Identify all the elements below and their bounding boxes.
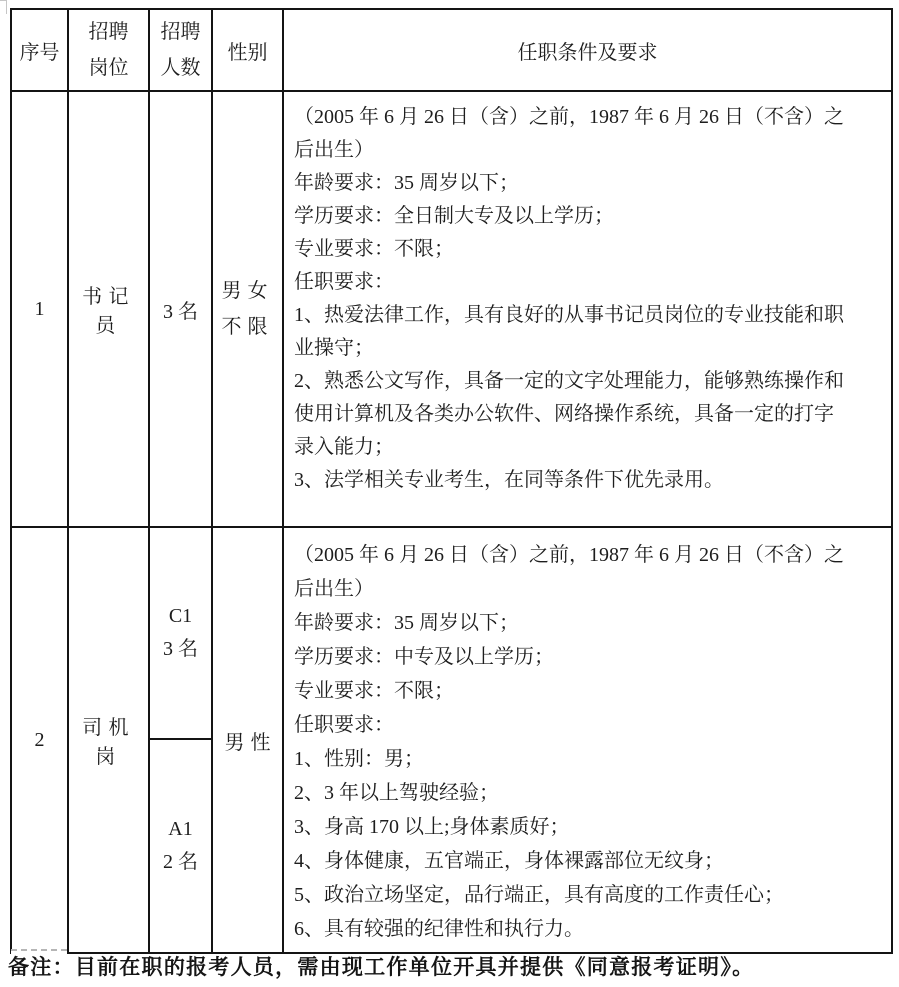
column-header-headcount: 招聘人数 — [149, 9, 212, 91]
recruitment-document-page: 序号 招聘岗位 招聘人数 性别 任职条件及要求 1 书记员 3 名 男女不限 （… — [0, 0, 899, 987]
row1-gender-cell: 男女不限 — [212, 91, 283, 527]
requirement-line: 年龄要求：35 周岁以下； — [294, 167, 887, 200]
requirement-line: 2、熟悉公文写作，具备一定的文字处理能力，能够熟练操作和 — [294, 365, 887, 398]
row2-gender-cell: 男性 — [212, 527, 283, 953]
requirement-line: （2005 年 6 月 26 日（含）之前，1987 年 6 月 26 日（不含… — [294, 538, 887, 572]
column-header-position-label: 招聘岗位 — [87, 14, 131, 86]
requirement-line: 任职要求： — [294, 266, 887, 299]
row1-position-cell: 书记员 — [68, 91, 149, 527]
table-header-row: 序号 招聘岗位 招聘人数 性别 任职条件及要求 — [11, 9, 892, 91]
requirement-line: 后出生） — [294, 572, 887, 606]
headcount-label: 2 名 — [150, 846, 211, 879]
row1-headcount-cell: 3 名 — [149, 91, 212, 527]
requirement-line: 年龄要求：35 周岁以下； — [294, 606, 887, 640]
recruitment-table: 序号 招聘岗位 招聘人数 性别 任职条件及要求 1 书记员 3 名 男女不限 （… — [10, 8, 893, 954]
requirement-line: 学历要求：全日制大专及以上学历； — [294, 200, 887, 233]
requirement-line: 业操守； — [294, 332, 887, 365]
table-row-clerk: 1 书记员 3 名 男女不限 （2005 年 6 月 26 日（含）之前，198… — [11, 91, 892, 527]
column-header-headcount-label: 招聘人数 — [159, 14, 203, 86]
requirement-line: 专业要求：不限； — [294, 233, 887, 266]
requirement-line: 3、身高 170 以上;身体素质好； — [294, 810, 887, 844]
requirement-line: 1、性别：男； — [294, 742, 887, 776]
requirement-line: 4、身体健康，五官端正，身体裸露部位无纹身； — [294, 844, 887, 878]
row2-number-cell: 2 — [11, 527, 68, 953]
row2-headcount-a1-cell: A1 2 名 — [149, 739, 212, 953]
row2-position-cell: 司机岗 — [68, 527, 149, 953]
requirement-line: （2005 年 6 月 26 日（含）之前，1987 年 6 月 26 日（不含… — [294, 101, 887, 134]
license-type-label: A1 — [150, 813, 211, 846]
requirement-line: 5、政治立场坚定，品行端正，具有高度的工作责任心； — [294, 878, 887, 912]
row1-gender-label: 男女不限 — [220, 273, 276, 345]
column-header-requirements: 任职条件及要求 — [283, 9, 892, 91]
row2-headcount-c1-cell: C1 3 名 — [149, 527, 212, 739]
requirement-line: 2、3 年以上驾驶经验； — [294, 776, 887, 810]
requirement-line: 6、具有较强的纪律性和执行力。 — [294, 912, 887, 946]
remark-note: 备注：目前在职的报考人员，需由现工作单位开具并提供《同意报考证明》。 — [8, 951, 754, 981]
column-header-position: 招聘岗位 — [68, 9, 149, 91]
row2-gender-label: 男性 — [213, 726, 282, 755]
requirement-line: 专业要求：不限； — [294, 674, 887, 708]
row1-requirements-cell: （2005 年 6 月 26 日（含）之前，1987 年 6 月 26 日（不含… — [283, 91, 892, 527]
table-row-driver: 2 司机岗 C1 3 名 男性 （2005 年 6 月 26 日（含）之前，19… — [11, 527, 892, 739]
column-header-number: 序号 — [11, 9, 68, 91]
requirement-line: 3、法学相关专业考生，在同等条件下优先录用。 — [294, 464, 887, 497]
requirement-line: 任职要求： — [294, 708, 887, 742]
column-header-gender: 性别 — [212, 9, 283, 91]
requirement-line: 录入能力； — [294, 431, 887, 464]
requirement-line: 1、热爱法律工作，具有良好的从事书记员岗位的专业技能和职 — [294, 299, 887, 332]
headcount-label: 3 名 — [150, 633, 211, 666]
requirement-line: 后出生） — [294, 134, 887, 167]
row2-requirements-cell: （2005 年 6 月 26 日（含）之前，1987 年 6 月 26 日（不含… — [283, 527, 892, 953]
requirement-line: 使用计算机及各类办公软件、网络操作系统，具备一定的打字 — [294, 398, 887, 431]
license-type-label: C1 — [150, 600, 211, 633]
scan-corner-artifact — [0, 0, 7, 14]
row1-number-cell: 1 — [11, 91, 68, 527]
requirement-line: 学历要求：中专及以上学历； — [294, 640, 887, 674]
